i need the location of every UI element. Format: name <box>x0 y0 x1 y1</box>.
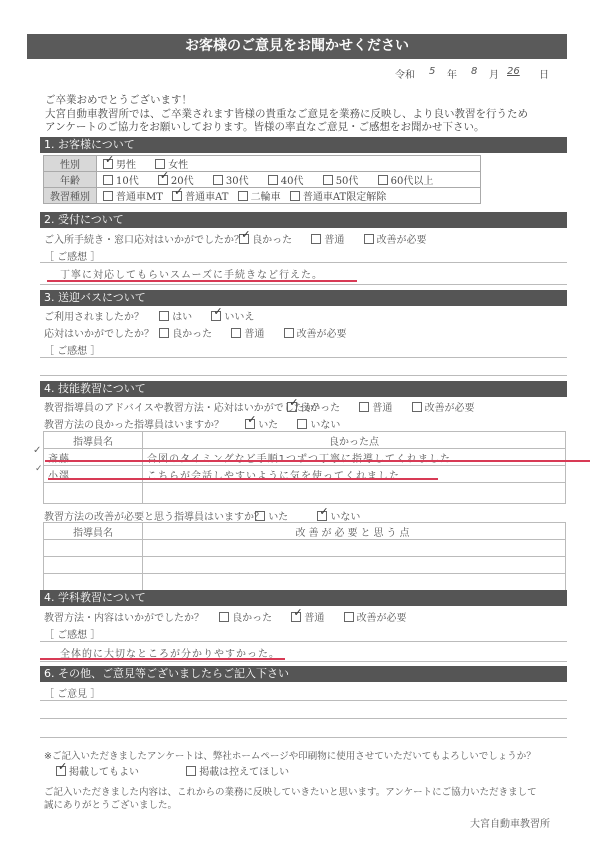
divider <box>40 641 567 642</box>
date-year-value[interactable]: 5 <box>429 66 447 81</box>
checkbox-icon[interactable] <box>412 402 422 412</box>
checkbox-checked-icon[interactable] <box>211 311 221 321</box>
table-row <box>44 483 566 504</box>
instructor-rating-row: 教習指導員のアドバイスや教習方法・応対はいかがでしたか？ 良かった 普通 改善が… <box>44 399 491 414</box>
instructor-name-cell[interactable] <box>44 557 143 574</box>
red-underline <box>47 280 357 282</box>
checkbox-icon[interactable] <box>290 191 300 201</box>
publish-options: 掲載してもよい 掲載は控えてほしい <box>56 763 305 778</box>
closing-line-1: ご記入いただきました内容は、これからの業務に反映していきたいと思います。アンケー… <box>44 786 537 799</box>
opinion-line[interactable] <box>40 737 567 738</box>
section-5-header: 4. 学科教習について <box>40 590 567 606</box>
date-month-value[interactable]: 8 <box>471 66 489 81</box>
gender-label: 性別 <box>44 156 97 172</box>
gender-row: 性別 男性 女性 <box>44 156 481 172</box>
section-4-header: 4. 技能教習について <box>40 381 567 397</box>
column-header: 良かった点 <box>143 432 566 449</box>
intro-line-1: ご卒業おめでとうございます！ <box>45 94 528 108</box>
checkbox-icon[interactable] <box>231 328 241 338</box>
checkbox-icon[interactable] <box>103 175 113 185</box>
instructor-name-cell[interactable]: 斎藤 <box>44 449 143 466</box>
checkbox-checked-icon[interactable] <box>317 511 327 521</box>
section-6-header: 6. その他、ご意見等ございましたらご記入下さい <box>40 666 567 682</box>
checkbox-icon[interactable] <box>186 766 196 776</box>
classroom-comment-label: ［ ご感想 ］ <box>44 626 100 641</box>
reception-normal-option[interactable]: 普通 <box>311 231 344 246</box>
opinion-line[interactable] <box>40 700 567 701</box>
intro-line-3: アンケートのご協力をお願いしております。皆様の率直なご意見・ご感想をお聞かせ下さ… <box>45 121 528 135</box>
instructor-name-cell[interactable] <box>44 483 143 504</box>
course-at-limit-release-option[interactable]: 普通車AT限定解除 <box>290 188 386 203</box>
bus-service-question: 応対はいかがでしたか？ <box>44 325 156 340</box>
bad-instructor-yes-option[interactable]: いた <box>255 508 288 523</box>
good-instructor-yes-option[interactable]: いた <box>245 416 278 431</box>
table-header-row: 指導員名 改善が必要と思う点 <box>44 523 566 540</box>
publish-decline-option[interactable]: 掲載は控えてほしい <box>186 763 289 778</box>
date-day-value[interactable]: 26 <box>507 66 533 81</box>
checkbox-icon[interactable] <box>213 175 223 185</box>
course-at-option[interactable]: 普通車AT <box>172 188 228 203</box>
section-2-header: 2. 受付について <box>40 212 567 228</box>
bad-instructor-table: 指導員名 改善が必要と思う点 <box>43 522 566 591</box>
red-underline <box>48 478 438 480</box>
table-header-row: 指導員名 良かった点 <box>44 432 566 449</box>
improvement-point-cell[interactable] <box>143 574 566 591</box>
column-header: 指導員名 <box>44 523 143 540</box>
bad-instructor-no-option[interactable]: いない <box>317 508 360 523</box>
checkbox-checked-icon[interactable] <box>291 612 301 622</box>
checkbox-checked-icon[interactable] <box>287 402 297 412</box>
classroom-question-row: 教習方法・内容はいかがでしたか？ 良かった 普通 改善が必要 <box>44 609 423 624</box>
checkbox-icon[interactable] <box>238 191 248 201</box>
customer-info-table: 性別 男性 女性 年齢 10代 20代 30代 40代 50代 60代以上 教習… <box>43 155 481 204</box>
checkbox-icon[interactable] <box>103 191 113 201</box>
checkbox-checked-icon[interactable] <box>245 419 255 429</box>
column-header: 指導員名 <box>44 432 143 449</box>
closing-line-2: 誠にありがとうございました。 <box>44 799 537 812</box>
bus-usage-row: ご利用されましたか？ はい いいえ <box>44 308 270 323</box>
age-40s-option[interactable]: 40代 <box>268 172 304 187</box>
course-mt-option[interactable]: 普通車MT <box>103 188 163 203</box>
checkbox-icon[interactable] <box>297 419 307 429</box>
gender-male-option[interactable]: 男性 <box>103 156 136 171</box>
course-type-row: 教習種別 普通車MT 普通車AT 二輪車 普通車AT限定解除 <box>44 188 481 204</box>
form-title: お客様のご意見をお聞かせください <box>27 34 567 59</box>
instructor-name-cell[interactable] <box>44 540 143 557</box>
checkbox-icon[interactable] <box>159 328 169 338</box>
divider <box>40 262 567 263</box>
instructor-good-option[interactable]: 良かった <box>287 399 340 414</box>
reception-comment-label: ［ ご感想 ］ <box>44 248 100 263</box>
reception-question-row: ご入所手続き・窓口応対はいかがでしたか？ 良かった 普通 改善が必要 <box>44 231 443 246</box>
divider <box>40 661 567 662</box>
age-label: 年齢 <box>44 172 97 188</box>
intro-line-2: 大宮自動車教習所では、ご卒業されます皆様の貴重なご意見を業務に反映し、より良い教… <box>45 108 528 122</box>
date-day-unit: 日 <box>539 66 549 81</box>
publish-question: ※ご記入いただきましたアンケートは、弊社ホームページや印刷物に使用させていただい… <box>44 748 536 762</box>
improvement-point-cell[interactable] <box>143 540 566 557</box>
age-30s-option[interactable]: 30代 <box>213 172 249 187</box>
checkbox-icon[interactable] <box>364 234 374 244</box>
checkbox-icon[interactable] <box>323 175 333 185</box>
checkbox-checked-icon[interactable] <box>56 766 66 776</box>
date-field: 令和 5 年 8 月 26 日 <box>395 66 549 81</box>
bus-comment-label: ［ ご感想 ］ <box>44 342 100 357</box>
checkbox-icon[interactable] <box>359 402 369 412</box>
checkbox-icon[interactable] <box>219 612 229 622</box>
checkbox-icon[interactable] <box>284 328 294 338</box>
age-10s-option[interactable]: 10代 <box>103 172 139 187</box>
bus-usage-question: ご利用されましたか？ <box>44 308 156 323</box>
table-row: 斎藤 合図のタイミングなど手順1つずつ丁寧に指導してくれました <box>44 449 566 466</box>
intro-text: ご卒業おめでとうございます！ 大宮自動車教習所では、ご卒業されます皆様の貴重なご… <box>45 94 528 135</box>
divider <box>40 284 567 285</box>
publish-allow-option[interactable]: 掲載してもよい <box>56 763 139 778</box>
divider <box>40 357 567 358</box>
bus-no-option[interactable]: いいえ <box>211 308 254 323</box>
bus-service-row: 応対はいかがでしたか？ 良かった 普通 改善が必要 <box>44 325 363 340</box>
good-point-cell[interactable]: 合図のタイミングなど手順1つずつ丁寧に指導してくれました <box>143 449 566 466</box>
bus-good-option[interactable]: 良かった <box>159 325 212 340</box>
checkbox-icon[interactable] <box>159 311 169 321</box>
checkbox-checked-icon[interactable] <box>239 234 249 244</box>
classroom-needs-improvement-option[interactable]: 改善が必要 <box>344 609 407 624</box>
reception-question: ご入所手続き・窓口応対はいかがでしたか？ <box>44 231 236 246</box>
column-header: 改善が必要と思う点 <box>143 523 566 540</box>
instructor-needs-improvement-option[interactable]: 改善が必要 <box>412 399 475 414</box>
date-month-unit: 月 <box>489 66 499 81</box>
instructor-normal-option[interactable]: 普通 <box>359 399 392 414</box>
reception-needs-improvement-option[interactable]: 改善が必要 <box>364 231 427 246</box>
good-instructor-table: 指導員名 良かった点 斎藤 合図のタイミングなど手順1つずつ丁寧に指導してくれま… <box>43 431 566 504</box>
check-mark-icon: ✓ <box>33 445 41 456</box>
course-motorcycle-option[interactable]: 二輪車 <box>238 188 281 203</box>
checkbox-icon[interactable] <box>268 175 278 185</box>
bus-yes-option[interactable]: はい <box>159 308 192 323</box>
improvement-point-cell[interactable] <box>143 557 566 574</box>
good-point-cell[interactable] <box>143 483 566 504</box>
good-instructor-no-option[interactable]: いない <box>297 416 340 431</box>
bus-normal-option[interactable]: 普通 <box>231 325 264 340</box>
checkbox-checked-icon[interactable] <box>172 191 182 201</box>
instructor-name-cell[interactable] <box>44 574 143 591</box>
reception-good-option[interactable]: 良かった <box>239 231 292 246</box>
classroom-question: 教習方法・内容はいかがでしたか？ <box>44 609 216 624</box>
bus-comment-line[interactable] <box>40 375 567 376</box>
good-instructor-row: 教習方法の良かった指導員はいますか？ いた いない <box>44 416 356 431</box>
date-era: 令和 <box>395 66 415 81</box>
closing-text: ご記入いただきました内容は、これからの業務に反映していきたいと思います。アンケー… <box>44 786 537 812</box>
course-type-label: 教習種別 <box>44 188 97 204</box>
age-row: 年齢 10代 20代 30代 40代 50代 60代以上 <box>44 172 481 188</box>
check-mark-icon: ✓ <box>35 464 43 474</box>
good-instructor-question: 教習方法の良かった指導員はいますか？ <box>44 416 242 431</box>
bad-instructor-row: 教習方法の改善が必要と思う指導員はいますか？ いた いない <box>44 508 376 523</box>
table-row <box>44 574 566 591</box>
classroom-good-option[interactable]: 良かった <box>219 609 272 624</box>
checkbox-checked-icon[interactable] <box>158 175 168 185</box>
age-50s-option[interactable]: 50代 <box>323 172 359 187</box>
checkbox-icon[interactable] <box>155 159 165 169</box>
section-1-header: 1. お客様について <box>40 137 567 153</box>
opinion-comment-label: ［ ご意見 ］ <box>44 685 100 700</box>
checkbox-icon[interactable] <box>255 511 265 521</box>
opinion-line[interactable] <box>40 718 567 719</box>
table-row <box>44 557 566 574</box>
red-underline <box>40 658 285 660</box>
checkbox-icon[interactable] <box>344 612 354 622</box>
reception-comment[interactable]: 丁寧に対応してもらいスムーズに手続きなど行えた。 <box>60 266 323 281</box>
age-60s-option[interactable]: 60代以上 <box>378 172 434 187</box>
checkbox-icon[interactable] <box>311 234 321 244</box>
date-year-unit: 年 <box>447 66 457 81</box>
red-underline <box>45 460 590 462</box>
classroom-normal-option[interactable]: 普通 <box>291 609 324 624</box>
instructor-rating-question: 教習指導員のアドバイスや教習方法・応対はいかがでしたか？ <box>44 399 284 414</box>
bad-instructor-question: 教習方法の改善が必要と思う指導員はいますか？ <box>44 508 252 523</box>
checkbox-icon[interactable] <box>378 175 388 185</box>
checkbox-checked-icon[interactable] <box>103 159 113 169</box>
table-row <box>44 540 566 557</box>
section-3-header: 3. 送迎バスについて <box>40 290 567 306</box>
school-signature: 大宮自動車教習所 <box>470 815 550 830</box>
bus-needs-improvement-option[interactable]: 改善が必要 <box>284 325 347 340</box>
